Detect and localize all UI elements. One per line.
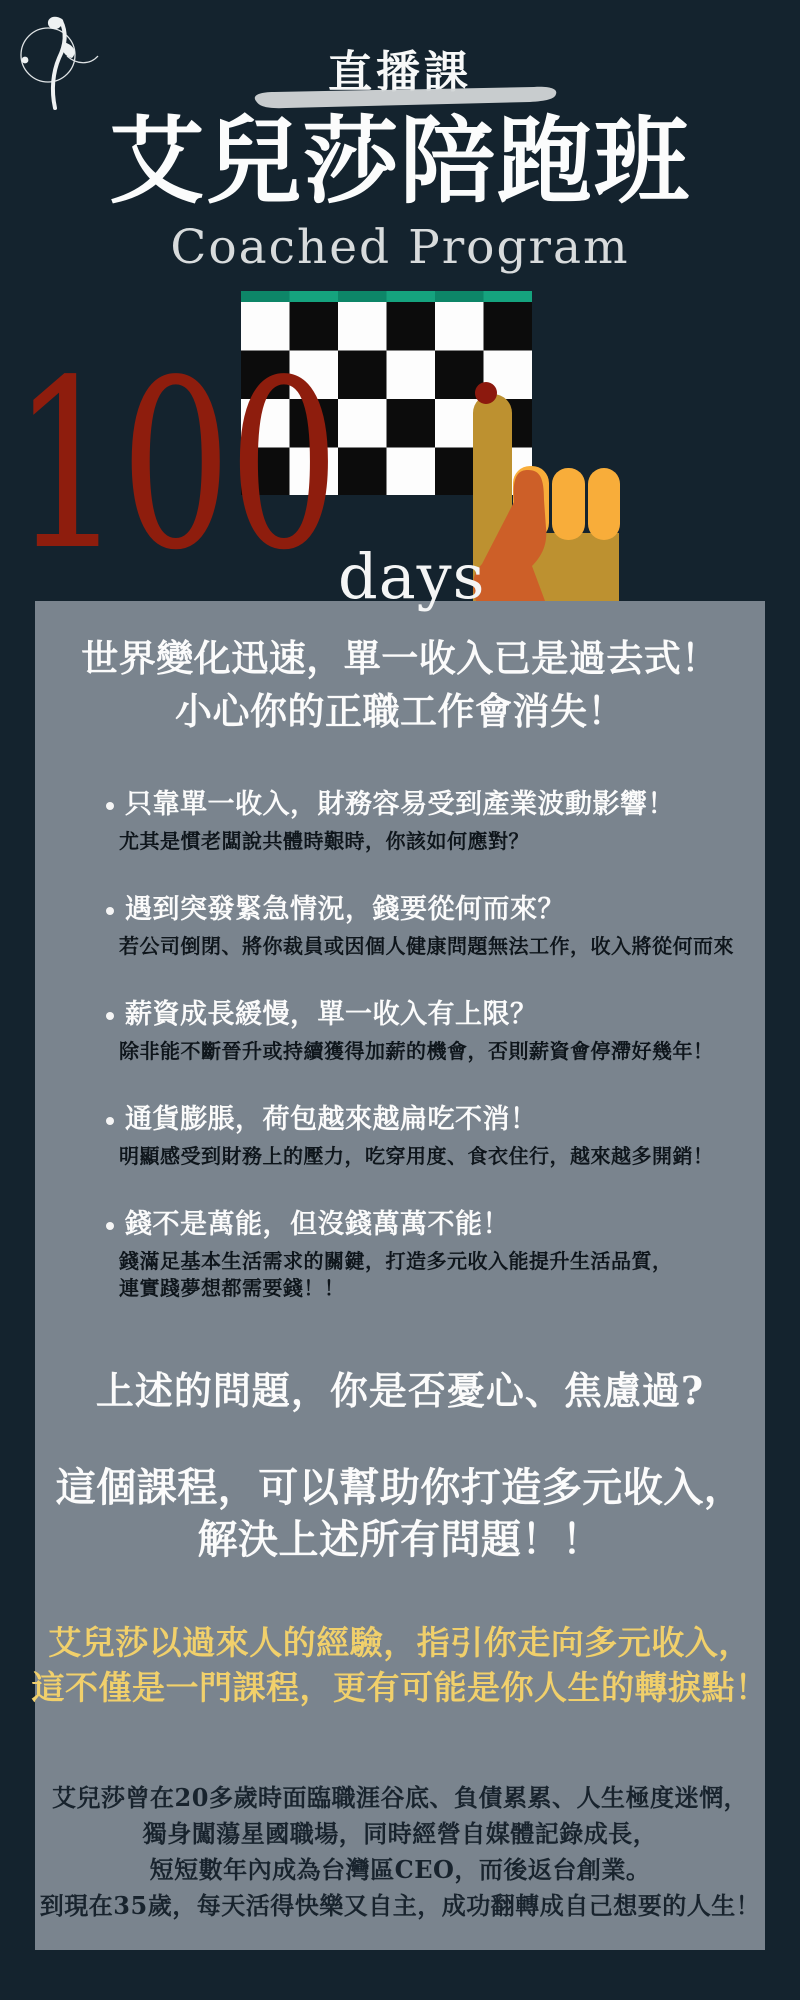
bio-line-4: 到現在35歲，每天活得快樂又自主，成功翻轉成自己想要的人生！ (0, 1888, 800, 1924)
duration-unit-label: days (338, 540, 486, 613)
course-promise: 這個課程，可以幫助你打造多元收入， 解決上述所有問題！！ (0, 1462, 800, 1566)
coach-bio: 艾兒莎曾在20多歲時面臨職涯谷底、負債累累、人生極度迷惘， 獨身闖蕩星國職場，同… (0, 1780, 800, 1924)
heading-line-1: 世界變化迅速，單一收入已是過去式！ (0, 632, 800, 685)
pain-point-row: 錢不是萬能，但沒錢萬萬不能！ (106, 1207, 774, 1243)
promise-line-2: 解決上述所有問題！！ (0, 1514, 800, 1566)
worry-question: 上述的問題，你是否憂心、焦慮過? (0, 1360, 800, 1415)
bullet-dot-icon (106, 1222, 114, 1230)
pain-point-title: 通貨膨脹，荷包越來越扁吃不消！ (125, 1102, 538, 1138)
highlight-line-2: 這不僅是一門課程，更有可能是你人生的轉捩點！ (0, 1665, 800, 1710)
promise-line-1: 這個課程，可以幫助你打造多元收入， (0, 1462, 800, 1514)
bullet-dot-icon (106, 802, 114, 810)
pain-point-list: 只靠單一收入，財務容易受到產業波動影響！ 尤其是慣老闆說共體時艱時，你該如何應對… (106, 787, 774, 1339)
pain-point-detail: 尤其是慣老闆說共體時艱時，你該如何應對？ (119, 828, 774, 855)
section-heading: 世界變化迅速，單一收入已是過去式！ 小心你的正職工作會消失！ (0, 632, 800, 738)
pain-point-item: 只靠單一收入，財務容易受到產業波動影響！ 尤其是慣老闆說共體時艱時，你該如何應對… (106, 787, 774, 855)
page-subtitle: Coached Program (0, 220, 800, 275)
bullet-dot-icon (106, 1012, 114, 1020)
bullet-dot-icon (106, 1117, 114, 1125)
pain-point-detail: 明顯感受到財務上的壓力，吃穿用度、食衣住行，越來越多開銷！ (119, 1143, 774, 1170)
bio-line-1: 艾兒莎曾在20多歲時面臨職涯谷底、負債累累、人生極度迷惘， (0, 1780, 800, 1816)
pain-point-detail: 錢滿足基本生活需求的關鍵，打造多元收入能提升生活品質， (119, 1248, 774, 1275)
pain-point-item: 通貨膨脹，荷包越來越扁吃不消！ 明顯感受到財務上的壓力，吃穿用度、食衣住行，越來… (106, 1102, 774, 1170)
pain-point-detail: 若公司倒閉、將你裁員或因個人健康問題無法工作，收入將從何而來 (119, 933, 774, 960)
pain-point-row: 通貨膨脹，荷包越來越扁吃不消！ (106, 1102, 774, 1138)
pain-point-item: 遇到突發緊急情況，錢要從何而來？ 若公司倒閉、將你裁員或因個人健康問題無法工作，… (106, 892, 774, 960)
heading-line-2: 小心你的正職工作會消失！ (0, 685, 800, 738)
pain-point-item: 薪資成長緩慢，單一收入有上限？ 除非能不斷晉升或持續獲得加薪的機會，否則薪資會停… (106, 997, 774, 1065)
pain-point-title: 錢不是萬能，但沒錢萬萬不能！ (125, 1207, 510, 1243)
pain-point-detail: 連實踐夢想都需要錢！！ (119, 1275, 774, 1302)
pain-point-detail: 除非能不斷晉升或持續獲得加薪的機會，否則薪資會停滯好幾年！ (119, 1038, 774, 1065)
flag-green-strip (241, 291, 532, 302)
pain-point-row: 只靠單一收入，財務容易受到產業波動影響！ (106, 787, 774, 823)
highlight-line-1: 艾兒莎以過來人的經驗，指引你走向多元收入， (0, 1620, 800, 1665)
page-title: 艾兒莎陪跑班 (0, 106, 800, 218)
bio-line-3: 短短數年內成為台灣區CEO，而後返台創業。 (0, 1852, 800, 1888)
duration-number: 100 (12, 349, 337, 582)
poster-page: 直播課 艾兒莎陪跑班 Coached Program 100 days 世界變化… (0, 0, 800, 2000)
bullet-dot-icon (106, 907, 114, 915)
pain-point-row: 遇到突發緊急情況，錢要從何而來？ (106, 892, 774, 928)
highlight-statement: 艾兒莎以過來人的經驗，指引你走向多元收入， 這不僅是一門課程，更有可能是你人生的… (0, 1620, 800, 1710)
pain-point-title: 只靠單一收入，財務容易受到產業波動影響！ (125, 787, 675, 823)
pain-point-item: 錢不是萬能，但沒錢萬萬不能！ 錢滿足基本生活需求的關鍵，打造多元收入能提升生活品… (106, 1207, 774, 1302)
bio-line-2: 獨身闖蕩星國職場，同時經營自媒體記錄成長， (0, 1816, 800, 1852)
pain-point-title: 薪資成長緩慢，單一收入有上限？ (125, 997, 538, 1033)
pain-point-row: 薪資成長緩慢，單一收入有上限？ (106, 997, 774, 1033)
pain-point-title: 遇到突發緊急情況，錢要從何而來？ (125, 892, 565, 928)
